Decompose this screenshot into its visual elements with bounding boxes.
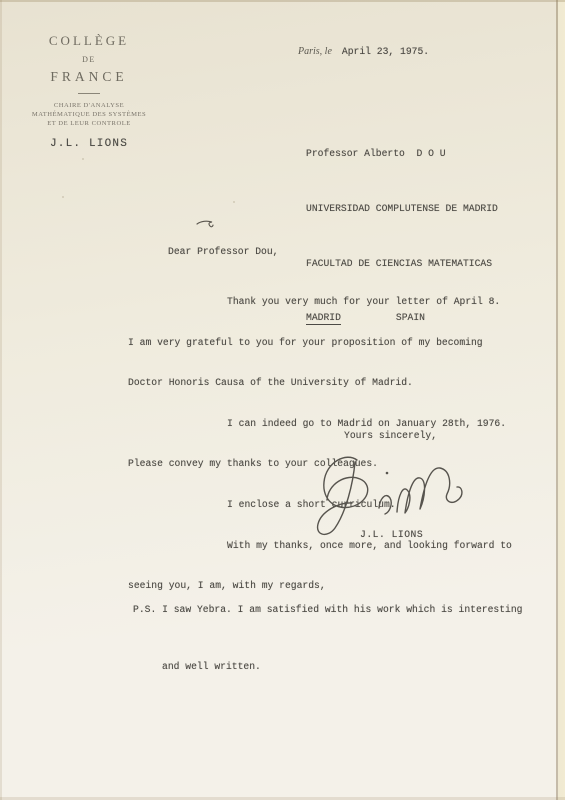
salutation: Dear Professor Dou, xyxy=(168,246,278,257)
body-line: I can indeed go to Madrid on January 28t… xyxy=(128,418,538,437)
scan-left-edge xyxy=(0,0,2,800)
dateline: Paris, leApril 23, 1975. xyxy=(298,41,429,59)
scan-right-edge-line xyxy=(556,0,558,800)
letterhead-author-name: J.L. LIONS xyxy=(10,138,168,150)
signer-name: J.L. LIONS xyxy=(360,529,423,540)
letterhead-institution-line1: COLLÈGE xyxy=(10,33,168,49)
scanned-letter-page: COLLÈGE DE FRANCE CHAIRE D'ANALYSE MATHÉ… xyxy=(0,0,565,800)
recipient-name: Professor Alberto D O U xyxy=(306,145,498,163)
scan-right-band xyxy=(558,0,565,800)
letterhead: COLLÈGE DE FRANCE CHAIRE D'ANALYSE MATHÉ… xyxy=(10,33,168,150)
dateline-date: April 23, 1975. xyxy=(342,46,429,57)
postscript-line1: P.S. I saw Yebra. I am satisfied with hi… xyxy=(133,600,523,619)
valediction: Yours sincerely, xyxy=(344,430,437,441)
letterhead-chair-line2: MATHÉMATIQUE DES SYSTÈMES xyxy=(10,110,168,119)
handwritten-mark xyxy=(195,218,219,230)
paper-blemish xyxy=(233,201,235,203)
scan-top-edge xyxy=(0,0,565,2)
letterhead-chair-line3: ET DE LEUR CONTROLE xyxy=(10,119,168,128)
body-line: Thank you very much for your letter of A… xyxy=(128,296,538,315)
letterhead-chair-line1: CHAIRE D'ANALYSE xyxy=(10,101,168,110)
body-line: Doctor Honoris Causa of the University o… xyxy=(128,377,538,396)
paper-blemish xyxy=(62,196,64,198)
recipient-university: UNIVERSIDAD COMPLUTENSE DE MADRID xyxy=(306,200,498,218)
postscript: P.S. I saw Yebra. I am satisfied with hi… xyxy=(133,562,523,714)
dateline-place-label: Paris, le xyxy=(298,46,332,57)
body-line: I am very grateful to you for your propo… xyxy=(128,337,538,356)
letterhead-institution-line2: DE xyxy=(10,55,168,64)
letterhead-rule xyxy=(78,93,100,94)
recipient-faculty: FACULTAD DE CIENCIAS MATEMATICAS xyxy=(306,255,498,273)
letterhead-institution-line3: FRANCE xyxy=(10,69,168,85)
postscript-line2: and well written. xyxy=(133,657,523,676)
paper-blemish xyxy=(82,158,84,160)
